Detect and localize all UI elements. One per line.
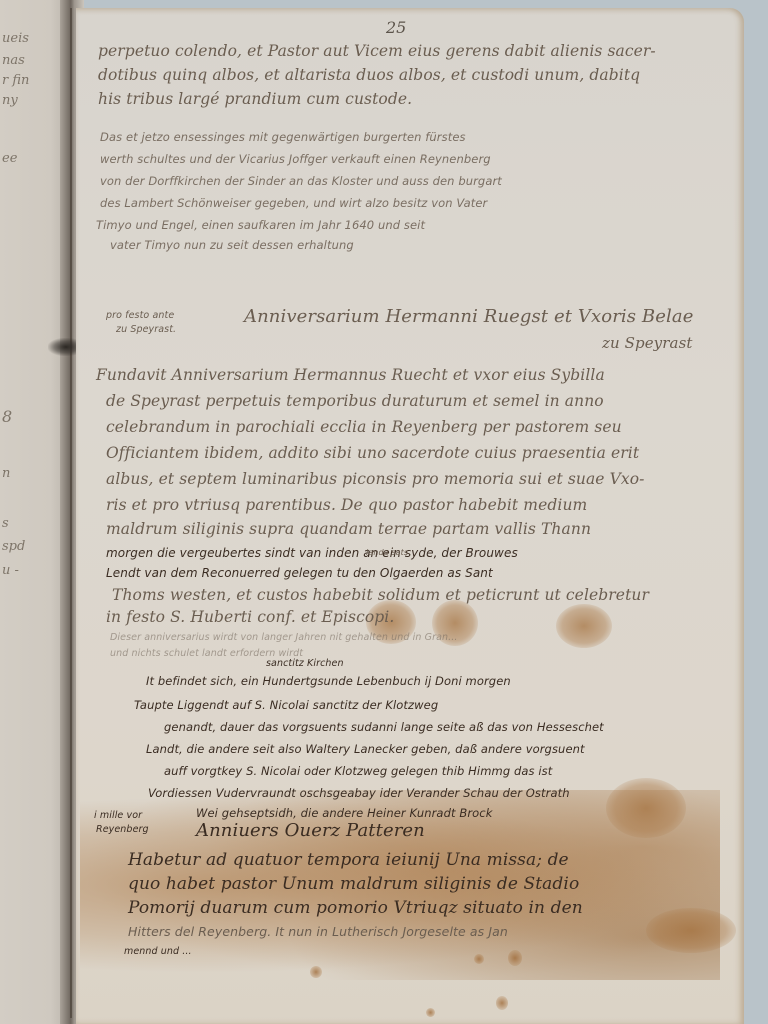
text-line: Thoms westen, et custos habebit solidum …: [112, 586, 649, 604]
margin-note: Reyenberg: [96, 824, 149, 835]
left-page-fragment: ny: [2, 92, 18, 110]
text-line: Officiantem ibidem, addito sibi uno sace…: [106, 444, 639, 462]
manuscript-photo: ueis nas r fin ny ee 8 n s spd u - 25 pe…: [0, 0, 768, 1024]
left-page-fragment: ee: [2, 150, 17, 168]
left-page-fragment: spd: [2, 538, 25, 556]
text-line: dotibus quinq albos, et altarista duos a…: [98, 66, 640, 84]
text-line: sanctitz Kirchen: [266, 658, 344, 669]
margin-note: i mille vor: [94, 810, 142, 821]
margin-note: zu Speyrast.: [116, 324, 176, 335]
water-stain: [556, 604, 612, 648]
left-page-fragment: nas: [2, 52, 25, 70]
text-line: Habetur ad quatuor tempora ieiunij Una m…: [128, 850, 569, 870]
section-subheading: zu Speyrast: [602, 334, 693, 352]
text-line: It befindet sich, ein Hundertgsunde Lebe…: [146, 674, 511, 688]
stain-drop: [310, 966, 322, 978]
text-line: Timyo und Engel, einen saufkaren im Jahr…: [96, 218, 425, 232]
stain-drop: [496, 996, 508, 1010]
stain-drop: [426, 1008, 435, 1017]
text-line: auff vorgtkey S. Nicolai oder Klotzweg g…: [164, 764, 552, 778]
page-number: 25: [386, 18, 406, 37]
manuscript-page: 25 perpetuo colendo, et Pastor aut Vicem…: [76, 8, 744, 1024]
text-line: Lendt van dem Reconuerred gelegen tu den…: [106, 566, 493, 580]
text-line: Pomorij duarum cum pomorio Vtriuqz situa…: [128, 898, 583, 918]
interlinear-note: landa sats: [366, 548, 408, 557]
text-line: albus, et septem luminaribus piconsis pr…: [106, 470, 645, 488]
section-heading: Anniversarium Hermanni Ruegst et Vxoris …: [244, 306, 693, 327]
left-page-fragment: s: [2, 515, 9, 533]
left-page-fragment: n: [2, 465, 10, 483]
text-line: vater Timyo nun zu seit dessen erhaltung: [110, 238, 354, 252]
text-line: Fundavit Anniversarium Hermannus Ruecht …: [96, 366, 605, 384]
text-line: ris et pro vtriusq parentibus. De quo pa…: [106, 496, 587, 514]
text-line: von der Dorffkirchen der Sinder an das K…: [100, 174, 502, 188]
text-line: Vordiessen Vudervraundt oschsgeabay ider…: [148, 786, 570, 800]
binding-thread: [70, 8, 72, 1018]
text-line: mennd und ...: [124, 946, 192, 957]
water-stain: [646, 908, 736, 953]
left-page-fragment: u -: [2, 562, 19, 580]
text-line: Taupte Liggendt auf S. Nicolai sanctitz …: [134, 698, 438, 712]
text-line: in festo S. Huberti conf. et Episcopi.: [106, 608, 394, 626]
text-line: des Lambert Schönweiser gegeben, und wir…: [100, 196, 487, 210]
text-line: quo habet pastor Unum maldrum siliginis …: [128, 874, 579, 894]
left-page-fragment: r fin: [2, 72, 29, 90]
text-line: celebrandum in parochiali ecclia in Reye…: [106, 418, 622, 436]
section-heading: Anniuers Ouerz Patteren: [196, 820, 425, 841]
text-line: Hitters del Reyenberg. It nun in Lutheri…: [128, 924, 508, 939]
faded-text-line: Dieser anniversarius wirdt von langer Ja…: [110, 632, 458, 643]
text-line: morgen die vergeubertes sindt van inden …: [106, 546, 518, 560]
text-line: de Speyrast perpetuis temporibus duratur…: [106, 392, 604, 410]
text-line: perpetuo colendo, et Pastor aut Vicem ei…: [98, 42, 656, 60]
left-page-fragment: ueis: [2, 30, 29, 48]
left-page-fragment: 8: [2, 408, 12, 426]
text-line: maldrum siliginis supra quandam terrae p…: [106, 520, 591, 538]
water-stain: [606, 778, 686, 838]
text-line: werth schultes und der Vicarius Joffger …: [100, 152, 491, 166]
stain-drop: [474, 954, 484, 964]
text-line: genandt, dauer das vorgsuents sudanni la…: [164, 720, 604, 734]
text-line: Landt, die andere seit also Waltery Lane…: [146, 742, 585, 756]
text-line: Das et jetzo ensessinges mit gegenwärtig…: [100, 130, 466, 144]
text-line: his tribus largé prandium cum custode.: [98, 90, 412, 108]
stain-drop: [508, 950, 522, 966]
text-line: Wei gehseptsidh, die andere Heiner Kunra…: [196, 806, 492, 820]
margin-note: pro festo ante: [106, 310, 174, 321]
